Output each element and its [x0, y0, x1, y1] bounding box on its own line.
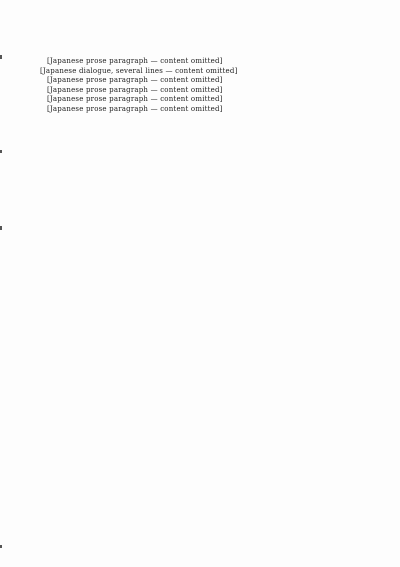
paragraph: [Japanese prose paragraph — content omit… [40, 95, 362, 105]
body-text: [Japanese prose paragraph — content omit… [40, 57, 362, 115]
margin-speck [0, 150, 2, 153]
margin-speck [0, 226, 2, 230]
paragraph: [Japanese prose paragraph — content omit… [40, 86, 362, 96]
paragraph: [Japanese prose paragraph — content omit… [40, 57, 362, 67]
scanned-page: [Japanese prose paragraph — content omit… [0, 0, 400, 567]
margin-speck [0, 55, 2, 59]
dialogue: [Japanese dialogue, several lines — cont… [40, 67, 362, 77]
paragraph: [Japanese prose paragraph — content omit… [40, 105, 362, 115]
margin-speck [0, 545, 2, 548]
paragraph: [Japanese prose paragraph — content omit… [40, 76, 362, 86]
